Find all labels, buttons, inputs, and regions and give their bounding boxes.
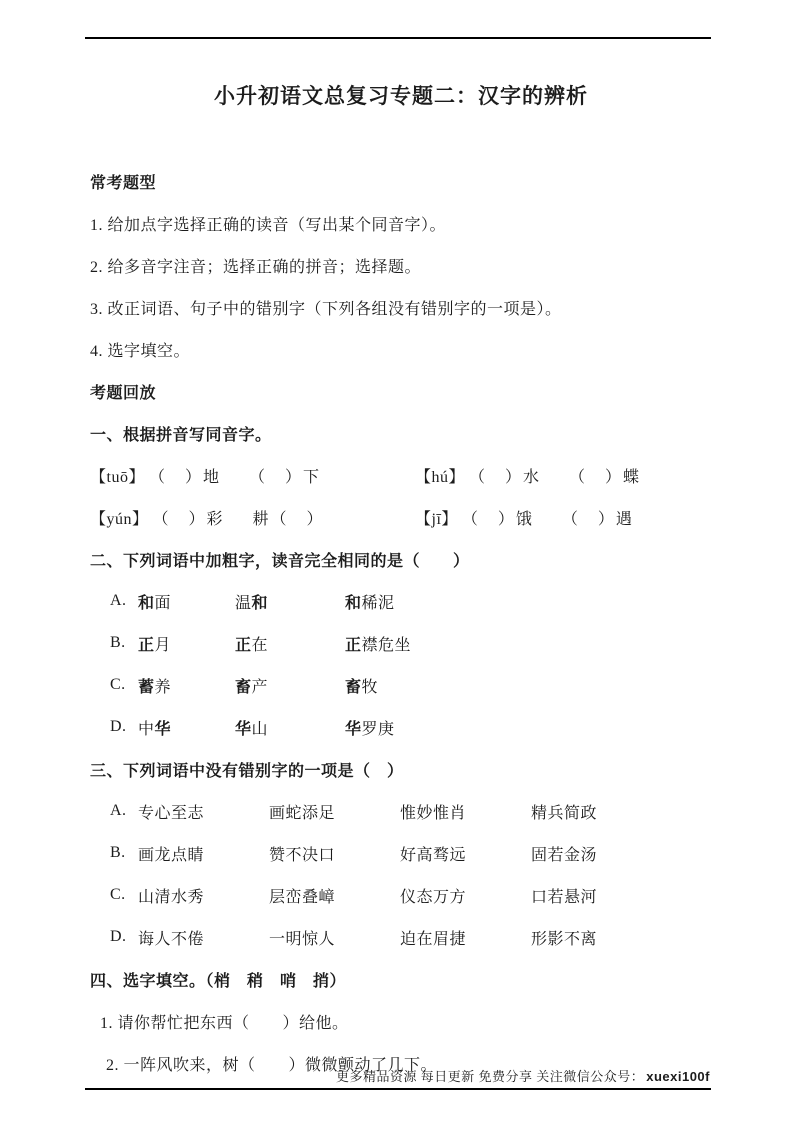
option-row-3b: B. 画龙点睛 赞不决口 好高骛远 固若金汤 (90, 832, 712, 874)
option-label: B. (110, 844, 138, 862)
option-label: D. (110, 928, 138, 946)
word-group: 正在 (235, 632, 345, 655)
option-label: C. (110, 676, 138, 694)
pinyin-group-yun: 【yún】 （ ）彩 耕（ ） (90, 506, 415, 529)
pinyin-label: 【jī】 (415, 506, 458, 529)
pinyin-label: 【tuō】 (90, 464, 145, 487)
pinyin-label: 【yún】 (90, 506, 149, 529)
homophone-blank: （ ）地 (149, 464, 221, 487)
option-label: D. (110, 718, 138, 736)
recall-heading: 考题回放 (90, 370, 712, 412)
option-row-3c: C. 山清水秀 层峦叠嶂 仪态万方 口若悬河 (90, 874, 712, 916)
idiom: 画龙点睛 (138, 842, 269, 865)
option-label: A. (110, 802, 138, 820)
homophone-blank: （ ）蝶 (569, 464, 641, 487)
question-types-heading: 常考题型 (90, 160, 712, 202)
idiom: 山清水秀 (138, 884, 269, 907)
idiom: 迫在眉捷 (400, 926, 531, 949)
section-three-heading: 三、下列词语中没有错别字的一项是（ ） (90, 748, 712, 790)
idiom: 精兵简政 (531, 800, 597, 823)
section-four-heading: 四、选字填空。（梢 稍 哨 捎） (90, 958, 712, 1000)
word-group: 温和 (235, 590, 345, 613)
idiom: 仪态万方 (400, 884, 531, 907)
option-label: A. (110, 592, 138, 610)
word-group: 华山 (235, 716, 345, 739)
homophone-blank: （ ）遇 (562, 506, 634, 529)
footer-rule (85, 1088, 711, 1090)
word-group: 和面 (138, 590, 235, 613)
question-type-item-4: 4. 选字填空。 (90, 328, 712, 370)
idiom: 诲人不倦 (138, 926, 269, 949)
idiom: 惟妙惟肖 (400, 800, 531, 823)
idiom: 画蛇添足 (269, 800, 400, 823)
homophone-blank: 耕（ ） (253, 506, 325, 529)
pinyin-group-hu: 【hú】 （ ）水 （ ）蝶 (415, 464, 669, 487)
idiom: 固若金汤 (531, 842, 597, 865)
word-group: 蓄养 (138, 674, 235, 697)
option-row-3d: D. 诲人不倦 一明惊人 迫在眉捷 形影不离 (90, 916, 712, 958)
question-type-item-1: 1. 给加点字选择正确的读音（写出某个同音字）。 (90, 202, 712, 244)
word-group: 畜产 (235, 674, 345, 697)
option-label: B. (110, 634, 138, 652)
footer: 更多精品资源 每日更新 免费分享 关注微信公众号：xuexi100f (336, 1066, 710, 1085)
option-row-2a: A. 和面 温和 和稀泥 (90, 580, 712, 622)
question-type-item-3: 3. 改正词语、句子中的错别字（下列各组没有错别字的一项是）。 (90, 286, 712, 328)
footer-wechat-account: xuexi100f (646, 1069, 710, 1084)
idiom: 好高骛远 (400, 842, 531, 865)
word-group: 正月 (138, 632, 235, 655)
section-two-heading: 二、下列词语中加粗字，读音完全相同的是（ ） (90, 538, 712, 580)
footer-promo-text: 更多精品资源 每日更新 免费分享 关注微信公众号： (336, 1069, 644, 1084)
section-one-heading: 一、根据拼音写同音字。 (90, 412, 712, 454)
pinyin-group-ji: 【jī】 （ ）饿 （ ）遇 (415, 506, 662, 529)
worksheet-page: 小升初语文总复习专题二：汉字的辨析 常考题型 1. 给加点字选择正确的读音（写出… (0, 0, 793, 1122)
homophone-blank: （ ）水 (469, 464, 541, 487)
option-row-2c: C. 蓄养 畜产 畜牧 (90, 664, 712, 706)
word-group: 和稀泥 (345, 590, 395, 613)
question-type-item-2: 2. 给多音字注音；选择正确的拼音；选择题。 (90, 244, 712, 286)
word-group: 华罗庚 (345, 716, 395, 739)
fill-blank-item-1: 1. 请你帮忙把东西（ ）给他。 (90, 1000, 712, 1042)
idiom: 层峦叠嶂 (269, 884, 400, 907)
pinyin-row-1: 【tuō】 （ ）地 （ ）下 【hú】 （ ）水 （ ）蝶 (90, 454, 712, 496)
homophone-blank: （ ）彩 (153, 506, 225, 529)
homophone-blank: （ ）饿 (462, 506, 534, 529)
idiom: 赞不决口 (269, 842, 400, 865)
word-group: 正襟危坐 (345, 632, 411, 655)
idiom: 形影不离 (531, 926, 597, 949)
word-group: 中华 (138, 716, 235, 739)
pinyin-label: 【hú】 (415, 464, 465, 487)
idiom: 口若悬河 (531, 884, 597, 907)
homophone-blank: （ ）下 (249, 464, 321, 487)
document-body: 常考题型 1. 给加点字选择正确的读音（写出某个同音字）。 2. 给多音字注音；… (90, 160, 712, 1084)
option-row-2d: D. 中华 华山 华罗庚 (90, 706, 712, 748)
document-content: 小升初语文总复习专题二：汉字的辨析 常考题型 1. 给加点字选择正确的读音（写出… (90, 0, 712, 1084)
pinyin-row-2: 【yún】 （ ）彩 耕（ ） 【jī】 （ ）饿 （ ）遇 (90, 496, 712, 538)
idiom: 一明惊人 (269, 926, 400, 949)
option-label: C. (110, 886, 138, 904)
page-title: 小升初语文总复习专题二：汉字的辨析 (90, 82, 712, 110)
pinyin-group-tuo: 【tuō】 （ ）地 （ ）下 (90, 464, 415, 487)
idiom: 专心至志 (138, 800, 269, 823)
option-row-3a: A. 专心至志 画蛇添足 惟妙惟肖 精兵简政 (90, 790, 712, 832)
word-group: 畜牧 (345, 674, 378, 697)
option-row-2b: B. 正月 正在 正襟危坐 (90, 622, 712, 664)
